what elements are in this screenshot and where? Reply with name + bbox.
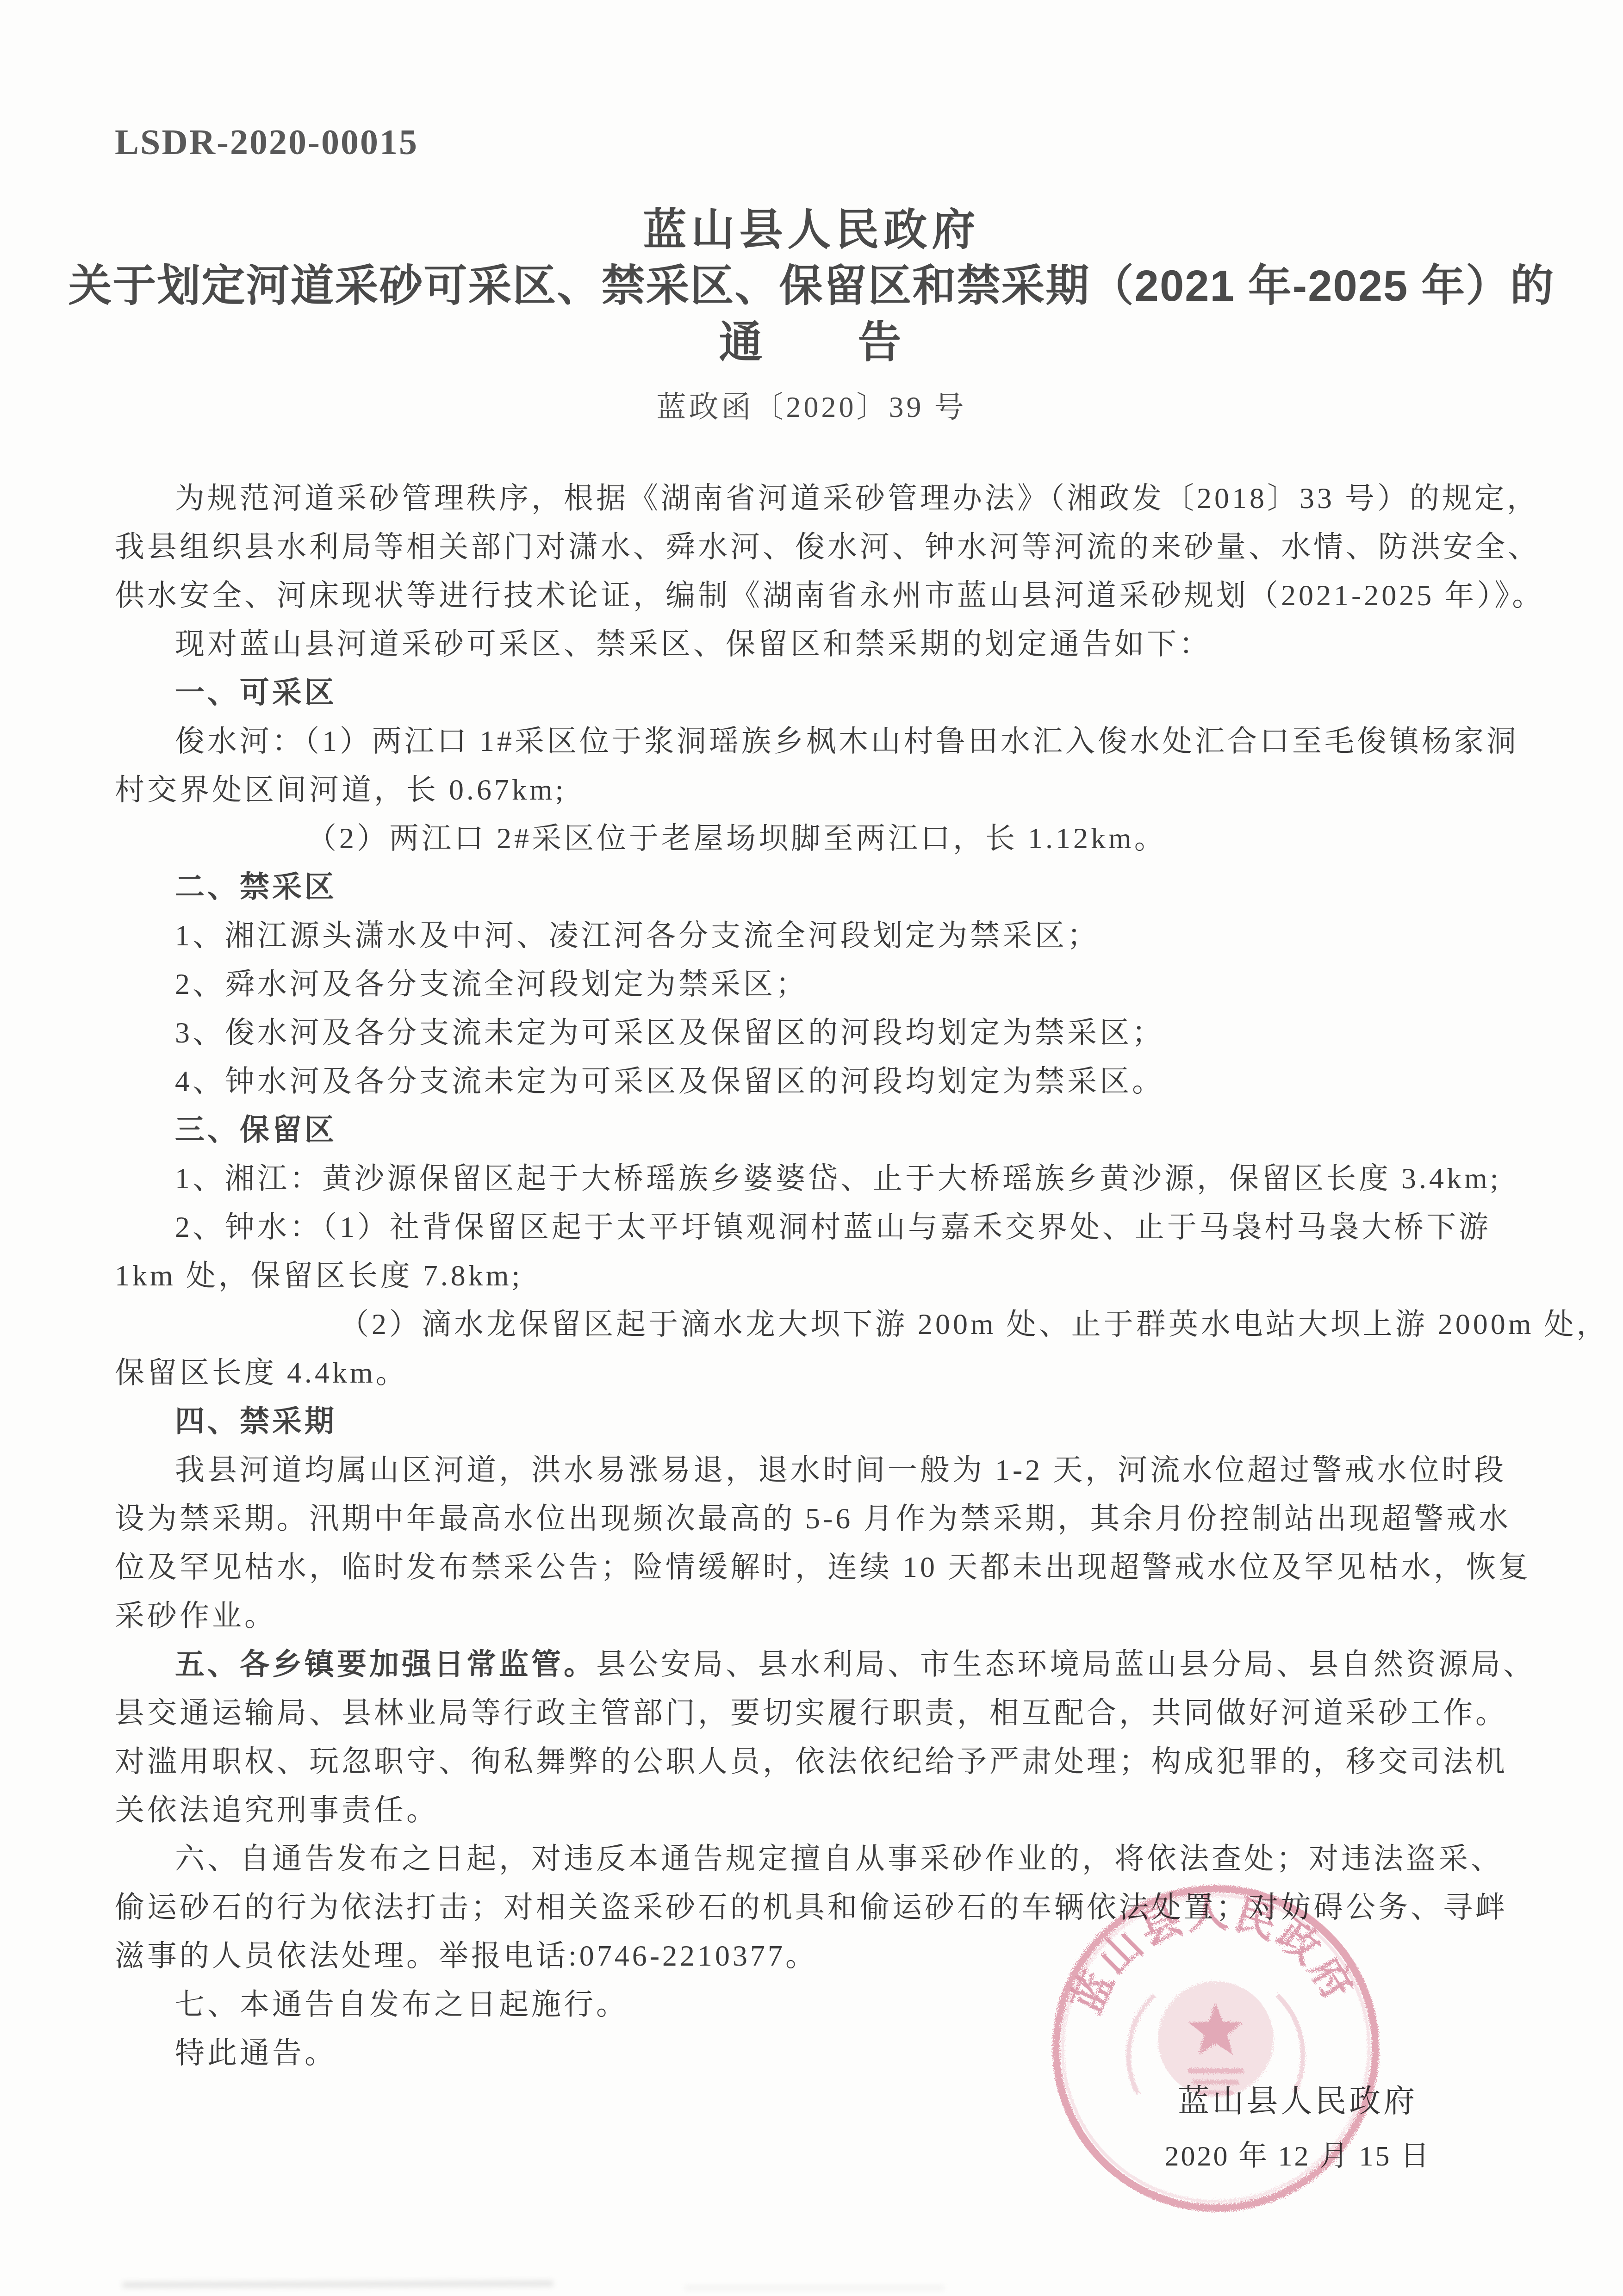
line-text: 4、钟水河及各分支流未定为可采区及保留区的河段均划定为禁采区。 xyxy=(175,1065,1164,1098)
line-text: 村交界处区间河道，长 0.67km; xyxy=(115,773,566,806)
body-line: 2、舜水河及各分支流全河段划定为禁采区； xyxy=(115,960,1508,1008)
line-text: 县公安局、县水利局、市生态环境局蓝山县分局、县自然资源局、 xyxy=(596,1648,1536,1681)
body-line: 保留区长度 4.4km。 xyxy=(115,1348,1508,1397)
seal-wheat-left xyxy=(1129,1995,1154,2093)
body-line: 采砂作业。 xyxy=(115,1591,1508,1640)
line-text: 位及罕见枯水，临时发布禁采公告；险情缓解时，连续 10 天都未出现超警戒水位及罕… xyxy=(115,1551,1531,1583)
seal-emblem-bar xyxy=(1188,2068,1244,2073)
body-line: 俊水河：（1）两江口 1#采区位于浆洞瑶族乡枫木山村鲁田水汇入俊水处汇合口至毛俊… xyxy=(115,717,1508,765)
line-text: 1km 处，保留区长度 7.8km; xyxy=(115,1259,522,1292)
body-line: 2、钟水：（1）社背保留区起于太平圩镇观洞村蓝山与嘉禾交界处、止于马袅村马袅大桥… xyxy=(115,1203,1508,1251)
line-text: 我县组织县水利局等相关部门对潇水、舜水河、俊水河、钟水河等河流的来砂量、水情、防… xyxy=(115,530,1540,563)
title-main: 关于划定河道采砂可采区、禁采区、保留区和禁采期（2021 年-2025 年）的 xyxy=(42,257,1581,315)
scan-artifact-smudge xyxy=(685,2286,944,2290)
line-text: 设为禁采期。汛期中年最高水位出现频次最高的 5-6 月作为禁采期，其余月份控制站… xyxy=(115,1502,1511,1535)
body-line: 三、保留区 xyxy=(115,1105,1508,1154)
seal-wheat-right xyxy=(1277,1995,1303,2093)
line-text: 对滥用职权、玩忽职守、徇私舞弊的公职人员，依法依纪给予严肃处理；构成犯罪的，移交… xyxy=(115,1745,1508,1778)
line-text: 采砂作业。 xyxy=(115,1599,277,1632)
line-lead-bold: 五、各乡镇要加强日常监管。 xyxy=(175,1647,596,1681)
body-line: 县交通运输局、县林业局等行政主管部门，要切实履行职责，相互配合，共同做好河道采砂… xyxy=(115,1688,1508,1737)
line-text: 保留区长度 4.4km。 xyxy=(115,1356,408,1389)
body-line: 六、自通告发布之日起，对违反本通告规定擅自从事采砂作业的，将依法查处；对违法盗采… xyxy=(115,1834,1508,1883)
body-line: （2）两江口 2#采区位于老屋场坝脚至两江口，长 1.12km。 xyxy=(115,814,1508,863)
body-line: 现对蓝山县河道采砂可采区、禁采区、保留区和禁采期的划定通告如下： xyxy=(115,620,1508,668)
line-text: 2、舜水河及各分支流全河段划定为禁采区； xyxy=(175,968,808,1000)
line-text: 1、湘江：黄沙源保留区起于大桥瑶族乡婆婆岱、止于大桥瑶族乡黄沙源，保留区长度 3… xyxy=(175,1162,1501,1195)
line-text: 3、俊水河及各分支流未定为可采区及保留区的河段均划定为禁采区； xyxy=(175,1016,1164,1049)
line-text: 我县河道均属山区河道，洪水易涨易退，退水时间一般为 1-2 天，河流水位超过警戒… xyxy=(175,1453,1506,1486)
body-line: （2）滴水龙保留区起于滴水龙大坝下游 200m 处、止于群英水电站大坝上游 20… xyxy=(115,1300,1508,1348)
body-line: 对滥用职权、玩忽职守、徇私舞弊的公职人员，依法依纪给予严肃处理；构成犯罪的，移交… xyxy=(115,1737,1508,1786)
line-text: 三、保留区 xyxy=(175,1113,337,1146)
body-line: 4、钟水河及各分支流未定为可采区及保留区的河段均划定为禁采区。 xyxy=(115,1057,1508,1105)
body-line: 村交界处区间河道，长 0.67km; xyxy=(115,765,1508,814)
line-text: 俊水河：（1）两江口 1#采区位于浆洞瑶族乡枫木山村鲁田水汇入俊水处汇合口至毛俊… xyxy=(175,725,1519,757)
line-text: 为规范河道采砂管理秩序，根据《湖南省河道采砂管理办法》（湘政发〔2018〕33 … xyxy=(175,482,1539,515)
line-text: （2）滴水龙保留区起于滴水龙大坝下游 200m 处、止于群英水电站大坝上游 20… xyxy=(339,1308,1609,1340)
seal-emblem-bar xyxy=(1193,2080,1239,2085)
document-page: LSDR-2020-00015 蓝山县人民政府 关于划定河道采砂可采区、禁采区、… xyxy=(0,0,1623,2296)
line-text: 七、本通告自发布之日起施行。 xyxy=(175,1988,628,2021)
body-line: 二、禁采区 xyxy=(115,863,1508,911)
title-block: 蓝山县人民政府 关于划定河道采砂可采区、禁采区、保留区和禁采期（2021 年-2… xyxy=(0,203,1623,424)
body-line: 3、俊水河及各分支流未定为可采区及保留区的河段均划定为禁采区； xyxy=(115,1008,1508,1057)
line-text: 供水安全、河床现状等进行技术论证，编制《湖南省永州市蓝山县河道采砂规划（2021… xyxy=(115,579,1544,612)
body-line: 四、禁采期 xyxy=(115,1397,1508,1446)
line-text: 1、湘江源头潇水及中河、凌江河各分支流全河段划定为禁采区； xyxy=(175,919,1100,952)
body-line: 供水安全、河床现状等进行技术论证，编制《湖南省永州市蓝山县河道采砂规划（2021… xyxy=(115,571,1508,620)
line-text: 四、禁采期 xyxy=(175,1404,337,1438)
body-line: 我县组织县水利局等相关部门对潇水、舜水河、俊水河、钟水河等河流的来砂量、水情、防… xyxy=(115,522,1508,571)
title-notice-word: 通 告 xyxy=(42,315,1581,370)
body-line: 1km 处，保留区长度 7.8km; xyxy=(115,1251,1508,1300)
line-text: （2）两江口 2#采区位于老屋场坝脚至两江口，长 1.12km。 xyxy=(307,822,1167,855)
line-text: 县交通运输局、县林业局等行政主管部门，要切实履行职责，相互配合，共同做好河道采砂… xyxy=(115,1696,1508,1729)
title-org: 蓝山县人民政府 xyxy=(42,203,1581,257)
body-line: 设为禁采期。汛期中年最高水位出现频次最高的 5-6 月作为禁采期，其余月份控制站… xyxy=(115,1494,1508,1543)
body-line: 1、湘江源头潇水及中河、凌江河各分支流全河段划定为禁采区； xyxy=(115,911,1508,960)
body-line: 我县河道均属山区河道，洪水易涨易退，退水时间一般为 1-2 天，河流水位超过警戒… xyxy=(115,1446,1508,1494)
scan-artifact-smudge xyxy=(123,2280,553,2288)
line-text: 二、禁采区 xyxy=(175,870,337,903)
body-line: 位及罕见枯水，临时发布禁采公告；险情缓解时，连续 10 天都未出现超警戒水位及罕… xyxy=(115,1543,1508,1591)
line-text: 2、钟水：（1）社背保留区起于太平圩镇观洞村蓝山与嘉禾交界处、止于马袅村马袅大桥… xyxy=(175,1210,1491,1243)
body-line: 1、湘江：黄沙源保留区起于大桥瑶族乡婆婆岱、止于大桥瑶族乡黄沙源，保留区长度 3… xyxy=(115,1154,1508,1203)
line-text: 一、可采区 xyxy=(175,676,337,709)
doc-number: LSDR-2020-00015 xyxy=(115,124,1623,160)
line-text: 特此通告。 xyxy=(175,2036,337,2069)
seal-graphic: 蓝山县人民政府 xyxy=(1047,1880,1385,2217)
seal-emblem-bar xyxy=(1198,2091,1233,2095)
line-text: 六、自通告发布之日起，对违反本通告规定擅自从事采砂作业的，将依法查处；对违法盗采… xyxy=(175,1842,1503,1875)
body-line: 一、可采区 xyxy=(115,668,1508,717)
line-text: 关依法追究刑事责任。 xyxy=(115,1793,439,1826)
line-text: 滋事的人员依法处理。举报电话:0746-2210377。 xyxy=(115,1939,818,1972)
line-text: 现对蓝山县河道采砂可采区、禁采区、保留区和禁采期的划定通告如下： xyxy=(175,627,1212,660)
document-body: 为规范河道采砂管理秩序，根据《湖南省河道采砂管理办法》（湘政发〔2018〕33 … xyxy=(0,474,1623,2077)
body-line: 五、各乡镇要加强日常监管。县公安局、县水利局、市生态环境局蓝山县分局、县自然资源… xyxy=(115,1640,1508,1688)
body-line: 关依法追究刑事责任。 xyxy=(115,1786,1508,1834)
body-line: 为规范河道采砂管理秩序，根据《湖南省河道采砂管理办法》（湘政发〔2018〕33 … xyxy=(115,474,1508,522)
doc-ref-number: 蓝政函〔2020〕39 号 xyxy=(42,391,1581,424)
official-seal: 蓝山县人民政府 xyxy=(1047,1880,1385,2217)
